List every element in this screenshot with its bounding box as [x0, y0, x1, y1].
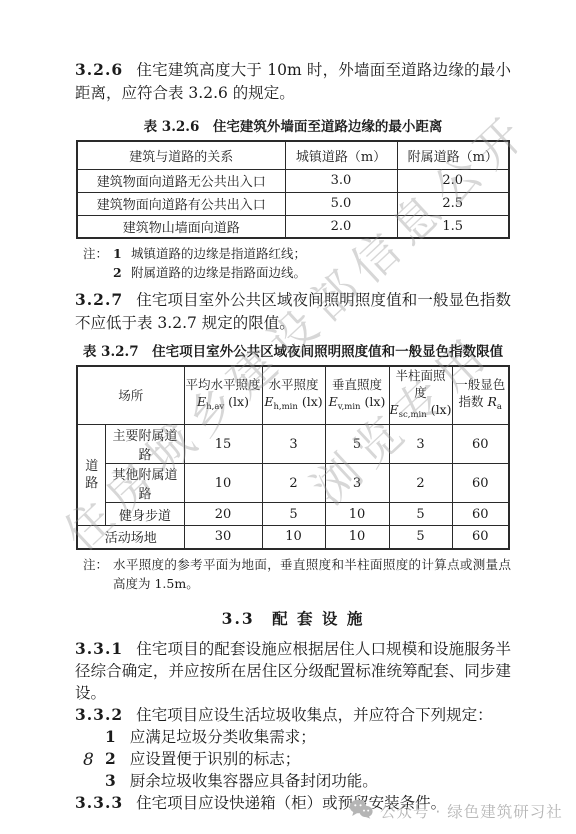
clause-text: 住宅项目应设生活垃圾收集点，并应符合下列规定：: [136, 706, 493, 724]
note-label: 注：: [83, 555, 113, 593]
table-header-row: 建筑与道路的关系 城镇道路（m） 附属道路（m）: [77, 141, 509, 169]
note-row: 2 附属道路的边缘是指路面边线。: [83, 263, 511, 282]
clause-number: 3.3.3: [75, 793, 123, 812]
footer-text: 公众号 · 绿色建筑研习社: [380, 800, 563, 822]
clause-number: 3.3.1: [75, 639, 123, 658]
note-text: 城镇道路的边缘是指道路红线；: [131, 244, 511, 263]
note-label: 注：: [83, 244, 113, 263]
table-3-2-6-notes: 注： 1 城镇道路的边缘是指道路红线； 2 附属道路的边缘是指路面边线。: [75, 244, 511, 282]
col-header: 水平照度 Eh,min (lx): [262, 366, 325, 425]
page-content: 3.2.6住宅建筑高度大于 10m 时，外墙面至道路边缘的最小距离，应符合表 3…: [75, 58, 511, 814]
cell: 建筑物面向道路无公共出入口: [77, 169, 285, 192]
table-header-row: 场所 平均水平照度 Eh,av (lx) 水平照度 Eh,min (lx) 垂直…: [77, 366, 509, 425]
table-row: 健身步道 20 5 10 5 60: [77, 503, 509, 526]
cell: 主要附属道路: [106, 425, 184, 464]
section-3-3-heading: 3.3 配 套 设 施: [75, 609, 511, 629]
col-header: 一般显色 指数 Ra: [452, 366, 509, 425]
cell: 其他附属道路: [106, 464, 184, 503]
cell: 60: [452, 464, 509, 503]
paragraph-3-3-1: 3.3.1住宅项目的配套设施应根据居住人口规模和设施服务半径综合确定，并应按所在…: [75, 638, 511, 704]
table-row: 活动场地 30 10 10 5 60: [77, 526, 509, 549]
col-header-place: 场所: [77, 366, 184, 425]
cell: 10: [184, 464, 262, 503]
clause-text: 住宅项目室外公共区域夜间照明照度值和一般显色指数不应低于表 3.2.7 规定的限…: [75, 291, 511, 332]
table-3-2-7: 场所 平均水平照度 Eh,av (lx) 水平照度 Eh,min (lx) 垂直…: [76, 365, 510, 550]
col-header: 垂直照度 Ev,min (lx): [325, 366, 389, 425]
note-number: 1: [113, 244, 131, 263]
cell: 10: [325, 526, 389, 549]
clause-number: 3.3.2: [75, 705, 123, 724]
clause-text: 住宅项目的配套设施应根据居住人口规模和设施服务半径综合确定，并应按所在居住区分级…: [75, 640, 511, 702]
cell: 3: [262, 425, 325, 464]
cell: 10: [325, 503, 389, 526]
paragraph-3-3-2: 3.3.2住宅项目应设生活垃圾收集点，并应符合下列规定：: [75, 704, 511, 726]
list-item-3: 3厨余垃圾收集容器应具备封闭功能。: [75, 770, 511, 792]
cell: 60: [452, 526, 509, 549]
list-item-2: 2应设置便于识别的标志；: [75, 748, 511, 770]
table-3-2-7-note: 注： 水平照度的参考平面为地面，垂直照度和半柱面照度的计算点或测量点高度为 1.…: [75, 555, 511, 593]
table-row: 建筑物山墙面向道路 2.0 1.5: [77, 215, 509, 238]
footer-watermark: 公众号 · 绿色建筑研习社: [349, 799, 563, 823]
table-row: 道路 主要附属道路 15 3 5 3 60: [77, 425, 509, 464]
cell: 2: [389, 464, 452, 503]
page-number: 8: [83, 750, 94, 770]
cell: 3.0: [285, 169, 397, 192]
cell: 10: [262, 526, 325, 549]
table-3-2-6: 建筑与道路的关系 城镇道路（m） 附属道路（m） 建筑物面向道路无公共出入口 3…: [76, 140, 510, 239]
table-row: 建筑物面向道路有公共出入口 5.0 2.5: [77, 192, 509, 215]
paragraph-3-2-6: 3.2.6住宅建筑高度大于 10m 时，外墙面至道路边缘的最小距离，应符合表 3…: [75, 58, 511, 105]
cell: 2.0: [285, 215, 397, 238]
cell: 5.0: [285, 192, 397, 215]
cell: 5: [389, 526, 452, 549]
cell: 建筑物山墙面向道路: [77, 215, 285, 238]
cell: 5: [325, 425, 389, 464]
table-row: 其他附属道路 10 2 3 2 60: [77, 464, 509, 503]
cell: 20: [184, 503, 262, 526]
note-row: 注： 水平照度的参考平面为地面，垂直照度和半柱面照度的计算点或测量点高度为 1.…: [83, 555, 511, 593]
cell: 健身步道: [106, 503, 184, 526]
col-header: 建筑与道路的关系: [77, 141, 285, 169]
list-item-1: 1应满足垃圾分类收集需求；: [75, 726, 511, 748]
cell: 60: [452, 425, 509, 464]
document-page: 住房城乡建设部信息公开 浏览专用 3.2.6住宅建筑高度大于 10m 时，外墙面…: [0, 0, 576, 834]
col-header: 半柱面照度 Esc,min (lx): [389, 366, 452, 425]
table-3-2-6-title: 表 3.2.6 住宅建筑外墙面至道路边缘的最小距离: [75, 118, 511, 137]
cell: 5: [389, 503, 452, 526]
col-header: 城镇道路（m）: [285, 141, 397, 169]
cell: 15: [184, 425, 262, 464]
cell: 60: [452, 503, 509, 526]
cell: 活动场地: [77, 526, 184, 549]
paragraph-3-2-7: 3.2.7住宅项目室外公共区域夜间照明照度值和一般显色指数不应低于表 3.2.7…: [75, 288, 511, 335]
table-row: 建筑物面向道路无公共出入口 3.0 2.0: [77, 169, 509, 192]
note-text: 水平照度的参考平面为地面，垂直照度和半柱面照度的计算点或测量点高度为 1.5m。: [113, 555, 511, 593]
cell: 3: [325, 464, 389, 503]
cell: 5: [262, 503, 325, 526]
clause-number: 3.2.7: [75, 290, 123, 309]
row-group-label: 道路: [77, 425, 106, 526]
col-header: 附属道路（m）: [397, 141, 509, 169]
col-header: 平均水平照度 Eh,av (lx): [184, 366, 262, 425]
cell: 30: [184, 526, 262, 549]
table-3-2-7-title: 表 3.2.7 住宅项目室外公共区域夜间照明照度值和一般显色指数限值: [75, 343, 511, 362]
cell: 2.0: [397, 169, 509, 192]
cell: 2.5: [397, 192, 509, 215]
note-text: 附属道路的边缘是指路面边线。: [131, 263, 511, 282]
cell: 1.5: [397, 215, 509, 238]
cell: 建筑物面向道路有公共出入口: [77, 192, 285, 215]
note-row: 注： 1 城镇道路的边缘是指道路红线；: [83, 244, 511, 263]
cell: 2: [262, 464, 325, 503]
clause-number: 3.2.6: [75, 60, 123, 79]
clause-text: 住宅建筑高度大于 10m 时，外墙面至道路边缘的最小距离，应符合表 3.2.6 …: [75, 61, 511, 102]
cell: 3: [389, 425, 452, 464]
wechat-icon: [349, 799, 373, 823]
note-number: 2: [113, 263, 131, 282]
